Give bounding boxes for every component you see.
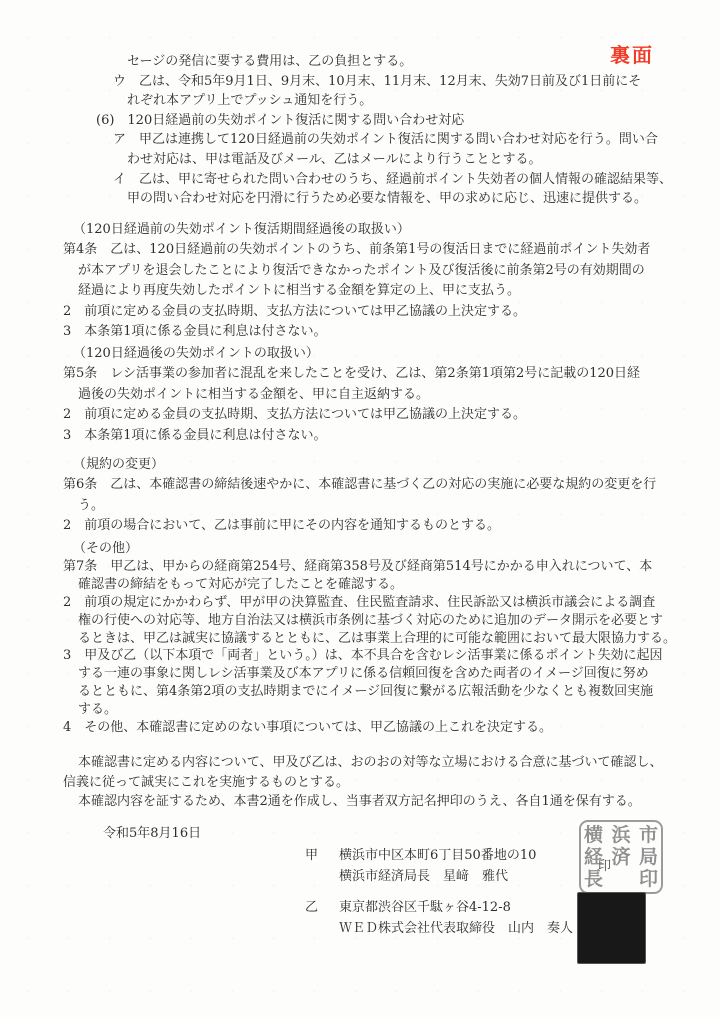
document-line: 経過により再度失効したポイントに相当する金額を算定の上、甲に支払う。 [78, 281, 684, 301]
seal-character: 浜 [611, 826, 630, 845]
in-seal-mark: 印 [598, 855, 611, 874]
seal-row: 長 印 [584, 870, 658, 889]
document-line: ア 甲乙は連携して120日経過前の失効ポイント復活に関する問い合わせ対応を行う。… [113, 130, 684, 150]
party-b-label: 乙 [305, 897, 339, 939]
seal-row: 横浜市 [584, 826, 658, 845]
document-line: 2 前項に定める金員の支払時期、支払方法については甲乙協議の上決定する。 [63, 405, 684, 425]
document-line: する。 [78, 701, 684, 719]
document-line: (6) 120日経過前の失効ポイント復活に関する問い合わせ対応 [96, 111, 684, 131]
redacted-seal-box [578, 893, 645, 963]
party-a-signature-block: 甲 横浜市中区本町6丁目50番地の10 横浜市経済局長 星﨑 雅代 [305, 845, 536, 887]
document-line: う。 [78, 496, 684, 516]
document-block: セージの発信に要する費用は、乙の負担とする。ウ 乙は、令和5年9月1日、9月末、… [63, 52, 684, 209]
document-line: 3 本条第1項に係る金員に利息は付さない。 [63, 426, 684, 446]
document-line: るとともに、第4条第2項の支払時期までにイメージ回復に繋がる広報活動を少なくとも… [78, 683, 684, 701]
document-line: 3 甲及び乙（以下本項で「両者」という。）は、本不具合を含むレシ活事業に係るポイ… [63, 647, 684, 665]
document-block: （規約の変更）第6条 乙は、本確認書の締結後速やかに、本確認書に基づく乙の対応の… [63, 455, 684, 537]
document-line: （その他） [73, 540, 684, 558]
document-line: 第6条 乙は、本確認書の締結後速やかに、本確認書に基づく乙の対応の実施に必要な規… [63, 475, 684, 495]
document-line: 第5条 レシ活事業の参加者に混乱を来したことを受け、乙は、第2条第1項第2号に記… [63, 364, 684, 384]
document-block: （120日経過前の失効ポイント復活期間経過後の取扱い）第4条 乙は、120日経過… [63, 220, 684, 342]
document-line: （120日経過後の失効ポイントの取扱い） [73, 344, 684, 364]
document-line: わせ対応は、甲は電話及びメール、乙はメールにより行うこととする。 [127, 150, 684, 170]
document-line: ウ 乙は、令和5年9月1日、9月末、10月末、11月末、12月末、失効7日前及び… [113, 72, 684, 92]
document-line: 甲の問い合わせ対応を円滑に行うため必要な情報を、甲の求めに応じ、迅速に提供する。 [127, 189, 684, 209]
seal-row: 経済局 [584, 848, 658, 867]
document-line: れぞれ本アプリ上でプッシュ通知を行う。 [127, 91, 684, 111]
seal-character: 局 [639, 848, 658, 867]
document-line: 2 前項の規定にかかわらず、甲が甲の決算監査、住民監査請求、住民訴訟又は横浜市議… [63, 594, 684, 612]
document-block: （その他）第7条 甲乙は、甲からの経商第254号、経商第358号及び経商第514… [63, 540, 684, 737]
seal-character: 横 [584, 826, 603, 845]
document-line: 第4条 乙は、120日経過前の失効ポイントのうち、前条第1号の復活日までに経過前… [63, 240, 684, 260]
document-line: 信義に従って誠実にこれを実施するものとする。 [63, 773, 684, 793]
document-line: 3 本条第1項に係る金員に利息は付さない。 [63, 322, 684, 342]
scanned-document-back-page: 裏面 セージの発信に要する費用は、乙の負担とする。ウ 乙は、令和5年9月1日、9… [0, 0, 720, 1017]
party-a-name: 横浜市経済局長 星﨑 雅代 [339, 866, 536, 887]
document-line: 本確認書に定める内容について、甲及び乙は、おのおの対等な立場における合意に基づい… [78, 753, 684, 773]
party-b-address: 東京都渋谷区千駄ヶ谷4-12-8 [339, 897, 573, 918]
document-line: イ 乙は、甲に寄せられた問い合わせのうち、経過前ポイント失効者の個人情報の確認結… [113, 170, 684, 190]
document-line: 2 前項の場合において、乙は事前に甲にその内容を通知するものとする。 [63, 516, 684, 536]
party-a-label: 甲 [305, 845, 339, 887]
document-line: セージの発信に要する費用は、乙の負担とする。 [127, 52, 684, 72]
document-line: 4 その他、本確認書に定めのない事項については、甲乙協議の上これを決定する。 [63, 719, 684, 737]
document-line: 第7条 甲乙は、甲からの経商第254号、経商第358号及び経商第514号にかかる… [63, 558, 684, 576]
party-b-signature-block: 乙 東京都渋谷区千駄ヶ谷4-12-8 ＷＥＤ株式会社代表取締役 山内 奏人 [305, 897, 573, 939]
party-a-address: 横浜市中区本町6丁目50番地の10 [339, 845, 536, 866]
document-line: 2 前項に定める金員の支払時期、支払方法については甲乙協議の上決定する。 [63, 302, 684, 322]
document-line: （規約の変更） [73, 455, 684, 475]
document-line: るときは、甲乙は誠実に協議するとともに、乙は事業上合理的に可能な範囲において最大… [78, 630, 684, 648]
document-line: が本アプリを退会したことにより復活できなかったポイント及び復活後に前条第2号の有… [78, 261, 684, 281]
document-line: 本確認内容を証するため、本書2通を作成し、当事者双方記名押印のうえ、各自1通を保… [78, 792, 684, 812]
document-line: 確認書の締結をもって対応が完了したことを確認する。 [78, 576, 684, 594]
document-date: 令和5年8月16日 [103, 822, 201, 841]
document-block: 本確認書に定める内容について、甲及び乙は、おのおの対等な立場における合意に基づい… [63, 753, 684, 812]
document-line: する一連の事象に関しレシ活事業及び本アプリに係る信頼回復を含めた両者のイメージ回… [78, 665, 684, 683]
seal-character [611, 870, 630, 889]
seal-character: 済 [611, 848, 630, 867]
seal-character: 印 [639, 870, 658, 889]
seal-character: 市 [639, 826, 658, 845]
yokohama-economic-bureau-director-seal: 横浜市 経済局 長 印 [579, 820, 663, 894]
party-b-name: ＷＥＤ株式会社代表取締役 山内 奏人 [339, 918, 573, 939]
document-line: （120日経過前の失効ポイント復活期間経過後の取扱い） [73, 220, 684, 240]
document-block: （120日経過後の失効ポイントの取扱い）第5条 レシ活事業の参加者に混乱を来した… [63, 344, 684, 446]
document-line: 過後の失効ポイントに相当する金額を、甲に自主返納する。 [78, 385, 684, 405]
document-line: 権の行使への対応等、地方自治法又は横浜市条例に基づく対応のために追加のデータ開示… [78, 612, 684, 630]
